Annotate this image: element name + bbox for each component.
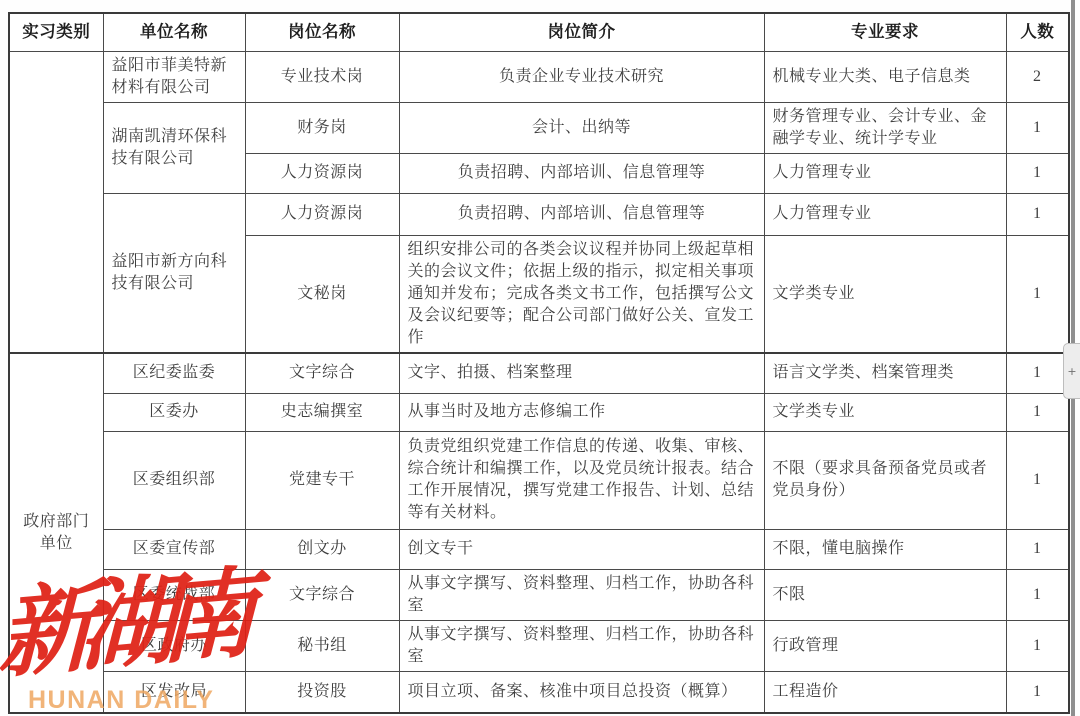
- cell-position: 创文办: [245, 529, 399, 569]
- cell-unit: 区委统战部: [103, 569, 245, 620]
- cell-desc: 从事文字撰写、资料整理、归档工作，协助各科室: [399, 620, 764, 671]
- cell-unit: 区委办: [103, 393, 245, 431]
- column-header-3: 岗位简介: [399, 13, 764, 51]
- cell-req: 文学类专业: [764, 393, 1006, 431]
- cell-desc: 会计、出纳等: [399, 102, 764, 153]
- cell-category: 政府部门单位: [9, 353, 103, 712]
- column-header-0: 实习类别: [9, 13, 103, 51]
- cell-req: 人力管理专业: [764, 153, 1006, 193]
- cell-req: 不限（要求具备预备党员或者党员身份）: [764, 431, 1006, 529]
- cell-req: 财务管理专业、会计专业、金融学专业、统计学专业: [764, 102, 1006, 153]
- cell-req: 工程造价: [764, 672, 1006, 713]
- table-row-10: 区政府办秘书组从事文字撰写、资料整理、归档工作，协助各科室行政管理1: [9, 620, 1069, 671]
- cell-req: 语言文学类、档案管理类: [764, 353, 1006, 393]
- table-header-row: 实习类别单位名称岗位名称岗位简介专业要求人数: [9, 13, 1069, 51]
- cell-req: 人力管理专业: [764, 193, 1006, 235]
- table-row-5: 政府部门单位区纪委监委文字综合文字、拍摄、档案整理语言文学类、档案管理类1: [9, 353, 1069, 393]
- cell-position: 秘书组: [245, 620, 399, 671]
- column-header-2: 岗位名称: [245, 13, 399, 51]
- cell-position: 文字综合: [245, 353, 399, 393]
- cell-unit: 区发改局: [103, 672, 245, 713]
- cell-count: 1: [1006, 620, 1069, 671]
- cell-count: 1: [1006, 102, 1069, 153]
- table-row-1: 湖南凯清环保科技有限公司财务岗会计、出纳等财务管理专业、会计专业、金融学专业、统…: [9, 102, 1069, 153]
- side-panel-handle[interactable]: +: [1063, 343, 1080, 399]
- cell-unit: 区委宣传部: [103, 529, 245, 569]
- table-row-6: 区委办史志编撰室从事当时及地方志修编工作文学类专业1: [9, 393, 1069, 431]
- cell-desc: 从事当时及地方志修编工作: [399, 393, 764, 431]
- cell-unit: 益阳市新方向科技有限公司: [103, 193, 245, 353]
- column-header-5: 人数: [1006, 13, 1069, 51]
- cell-desc: 项目立项、备案、核准中项目总投资（概算）: [399, 672, 764, 713]
- cell-desc: 负责招聘、内部培训、信息管理等: [399, 193, 764, 235]
- cell-category: [9, 51, 103, 353]
- cell-count: 1: [1006, 235, 1069, 353]
- cell-count: 1: [1006, 193, 1069, 235]
- table-row-11: 区发改局投资股项目立项、备案、核准中项目总投资（概算）工程造价1: [9, 672, 1069, 713]
- cell-count: 1: [1006, 431, 1069, 529]
- cell-count: 1: [1006, 672, 1069, 713]
- cell-req: 机械专业大类、电子信息类: [764, 51, 1006, 102]
- expand-icon: +: [1067, 366, 1076, 377]
- column-header-4: 专业要求: [764, 13, 1006, 51]
- cell-position: 人力资源岗: [245, 153, 399, 193]
- cell-unit: 湖南凯清环保科技有限公司: [103, 102, 245, 193]
- table-row-7: 区委组织部党建专干负责党组织党建工作信息的传递、收集、审核、综合统计和编撰工作，…: [9, 431, 1069, 529]
- column-header-1: 单位名称: [103, 13, 245, 51]
- cell-desc: 负责招聘、内部培训、信息管理等: [399, 153, 764, 193]
- cell-position: 文字综合: [245, 569, 399, 620]
- cell-count: 1: [1006, 569, 1069, 620]
- cell-desc: 从事文字撰写、资料整理、归档工作，协助各科室: [399, 569, 764, 620]
- cell-unit: 区委组织部: [103, 431, 245, 529]
- cell-position: 人力资源岗: [245, 193, 399, 235]
- table-row-9: 区委统战部文字综合从事文字撰写、资料整理、归档工作，协助各科室不限1: [9, 569, 1069, 620]
- cell-req: 不限: [764, 569, 1006, 620]
- internship-positions-table: 实习类别单位名称岗位名称岗位简介专业要求人数 益阳市菲美特新材料有限公司专业技术…: [8, 12, 1070, 714]
- cell-position: 史志编撰室: [245, 393, 399, 431]
- cell-desc: 负责企业专业技术研究: [399, 51, 764, 102]
- table-row-8: 区委宣传部创文办创文专干不限，懂电脑操作1: [9, 529, 1069, 569]
- cell-position: 党建专干: [245, 431, 399, 529]
- cell-req: 文学类专业: [764, 235, 1006, 353]
- cell-position: 专业技术岗: [245, 51, 399, 102]
- cell-desc: 负责党组织党建工作信息的传递、收集、审核、综合统计和编撰工作，以及党员统计报表。…: [399, 431, 764, 529]
- table-row-0: 益阳市菲美特新材料有限公司专业技术岗负责企业专业技术研究机械专业大类、电子信息类…: [9, 51, 1069, 102]
- cell-unit: 益阳市菲美特新材料有限公司: [103, 51, 245, 102]
- cell-unit: 区政府办: [103, 620, 245, 671]
- cell-count: 1: [1006, 353, 1069, 393]
- cell-desc: 创文专干: [399, 529, 764, 569]
- table-row-3: 益阳市新方向科技有限公司人力资源岗负责招聘、内部培训、信息管理等人力管理专业1: [9, 193, 1069, 235]
- cell-unit: 区纪委监委: [103, 353, 245, 393]
- cell-req: 不限，懂电脑操作: [764, 529, 1006, 569]
- page: 实习类别单位名称岗位名称岗位简介专业要求人数 益阳市菲美特新材料有限公司专业技术…: [0, 0, 1080, 716]
- cell-desc: 文字、拍摄、档案整理: [399, 353, 764, 393]
- cell-position: 文秘岗: [245, 235, 399, 353]
- cell-position: 投资股: [245, 672, 399, 713]
- cell-count: 1: [1006, 153, 1069, 193]
- cell-count: 1: [1006, 529, 1069, 569]
- cell-count: 1: [1006, 393, 1069, 431]
- cell-position: 财务岗: [245, 102, 399, 153]
- cell-count: 2: [1006, 51, 1069, 102]
- cell-desc: 组织安排公司的各类会议议程并协同上级起草相关的会议文件；依据上级的指示，拟定相关…: [399, 235, 764, 353]
- cell-req: 行政管理: [764, 620, 1006, 671]
